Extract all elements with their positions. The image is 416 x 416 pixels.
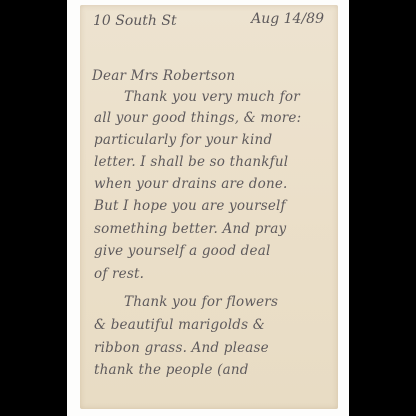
letter-line: Thank you very much for [124, 89, 300, 105]
letter-line: of rest. [94, 266, 144, 282]
letter-line: ribbon grass. And please [94, 340, 269, 356]
letter-address: 10 South St [93, 13, 177, 29]
letter-salutation: Dear Mrs Robertson [92, 68, 235, 84]
letter-line: something better. And pray [94, 221, 286, 237]
letter-line: & beautiful marigolds & [94, 317, 265, 333]
letter-line: thank the people (and [94, 362, 249, 378]
letter-date: Aug 14/89 [251, 11, 324, 27]
letter-line: give yourself a good deal [94, 243, 270, 259]
letter-line: all your good things, & more: [94, 110, 301, 126]
letter-line: particularly for your kind [94, 132, 272, 148]
letter-line: letter. I shall be so thankful [94, 154, 288, 170]
letter-line: when your drains are done. [94, 176, 288, 192]
letter-line: But I hope you are yourself [94, 198, 286, 214]
letter-page: 10 South St Aug 14/89 Dear Mrs Robertson… [80, 5, 338, 409]
letter-line: Thank you for flowers [124, 294, 278, 310]
